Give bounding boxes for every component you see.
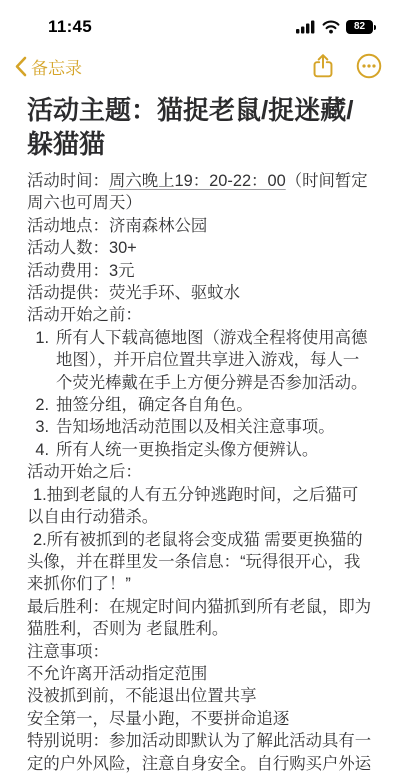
list-item-number: 4. [27,439,56,461]
status-time: 11:45 [48,17,92,37]
field-provides: 活动提供：荧光手环、驱蚊水 [27,282,373,304]
before-list: 1. 所有人下载高德地图（游戏全程将使用高德地图），并开启位置共享进入游戏，每人… [27,327,373,461]
list-item: 4. 所有人统一更换指定头像方便辨认。 [27,439,373,461]
list-item-number: 3. [27,416,56,438]
victory-line: 最后胜利：在规定时间内猫抓到所有老鼠，即为猫胜利，否则为 老鼠胜利。 [27,596,373,641]
list-item-text: 所有人下载高德地图（游戏全程将使用高德地图），并开启位置共享进入游戏，每人一个荧… [56,327,373,394]
more-ellipsis-icon[interactable] [356,53,382,79]
time-datadetector-link[interactable]: 周六晚上19：20-22：00 [109,172,286,190]
notice-header: 注意事项： [27,641,373,663]
battery-icon: 82 [346,20,376,34]
field-headcount: 活动人数：30+ [27,237,373,259]
time-label: 活动时间： [27,172,109,190]
field-fee: 活动费用：3元 [27,260,373,282]
special-note: 特别说明：参加活动即默认为了解此活动具有一定的户外风险，注意自身安全。自行购买户… [27,730,373,775]
list-item-text: 所有人统一更换指定头像方便辨认。 [56,439,373,461]
list-item-text: 抽签分组，确定各自角色。 [56,394,373,416]
notice-item: 没被抓到前，不能退出位置共享 [27,685,373,707]
field-time: 活动时间：周六晚上19：20-22：00（时间暂定周六也可周天） [27,170,373,215]
before-header: 活动开始之前： [27,304,373,326]
note-body: 活动时间：周六晚上19：20-22：00（时间暂定周六也可周天） 活动地点：济南… [27,170,373,775]
nav-bar: 备忘录 [0,44,400,88]
note-title: 活动主题：猫捉老鼠/捉迷藏/躲猫猫 [27,93,373,161]
list-item: 1. 所有人下载高德地图（游戏全程将使用高德地图），并开启位置共享进入游戏，每人… [27,327,373,394]
field-location: 活动地点：济南森林公园 [27,215,373,237]
list-item-text: 告知场地活动范围以及相关注意事项。 [56,416,373,438]
list-item-number: 2. [27,394,56,416]
notice-item: 安全第一，尽量小跑，不要拼命追逐 [27,708,373,730]
back-button[interactable]: 备忘录 [14,54,82,79]
share-icon[interactable] [310,53,336,79]
battery-percent: 82 [354,22,365,32]
back-button-label: 备忘录 [31,54,82,79]
status-icons: 82 [296,20,376,34]
note-content[interactable]: 活动主题：猫捉老鼠/捉迷藏/躲猫猫 活动时间：周六晚上19：20-22：00（时… [0,93,400,775]
list-item: 3. 告知场地活动范围以及相关注意事项。 [27,416,373,438]
wifi-icon [322,20,340,34]
status-bar: 11:45 82 [0,0,400,44]
list-item-number: 1. [27,327,56,394]
notice-item: 不允许离开活动指定范围 [27,663,373,685]
after-item-2: 2.所有被抓到的老鼠将会变成猫 需要更换猫的头像，并在群里发一条信息：“玩得很开… [27,529,373,596]
after-item-1: 1.抽到老鼠的人有五分钟逃跑时间，之后猫可以自由行动猎杀。 [27,484,373,529]
after-header: 活动开始之后： [27,461,373,483]
list-item: 2. 抽签分组，确定各自角色。 [27,394,373,416]
cellular-signal-icon [296,20,316,34]
chevron-left-icon [14,56,27,77]
